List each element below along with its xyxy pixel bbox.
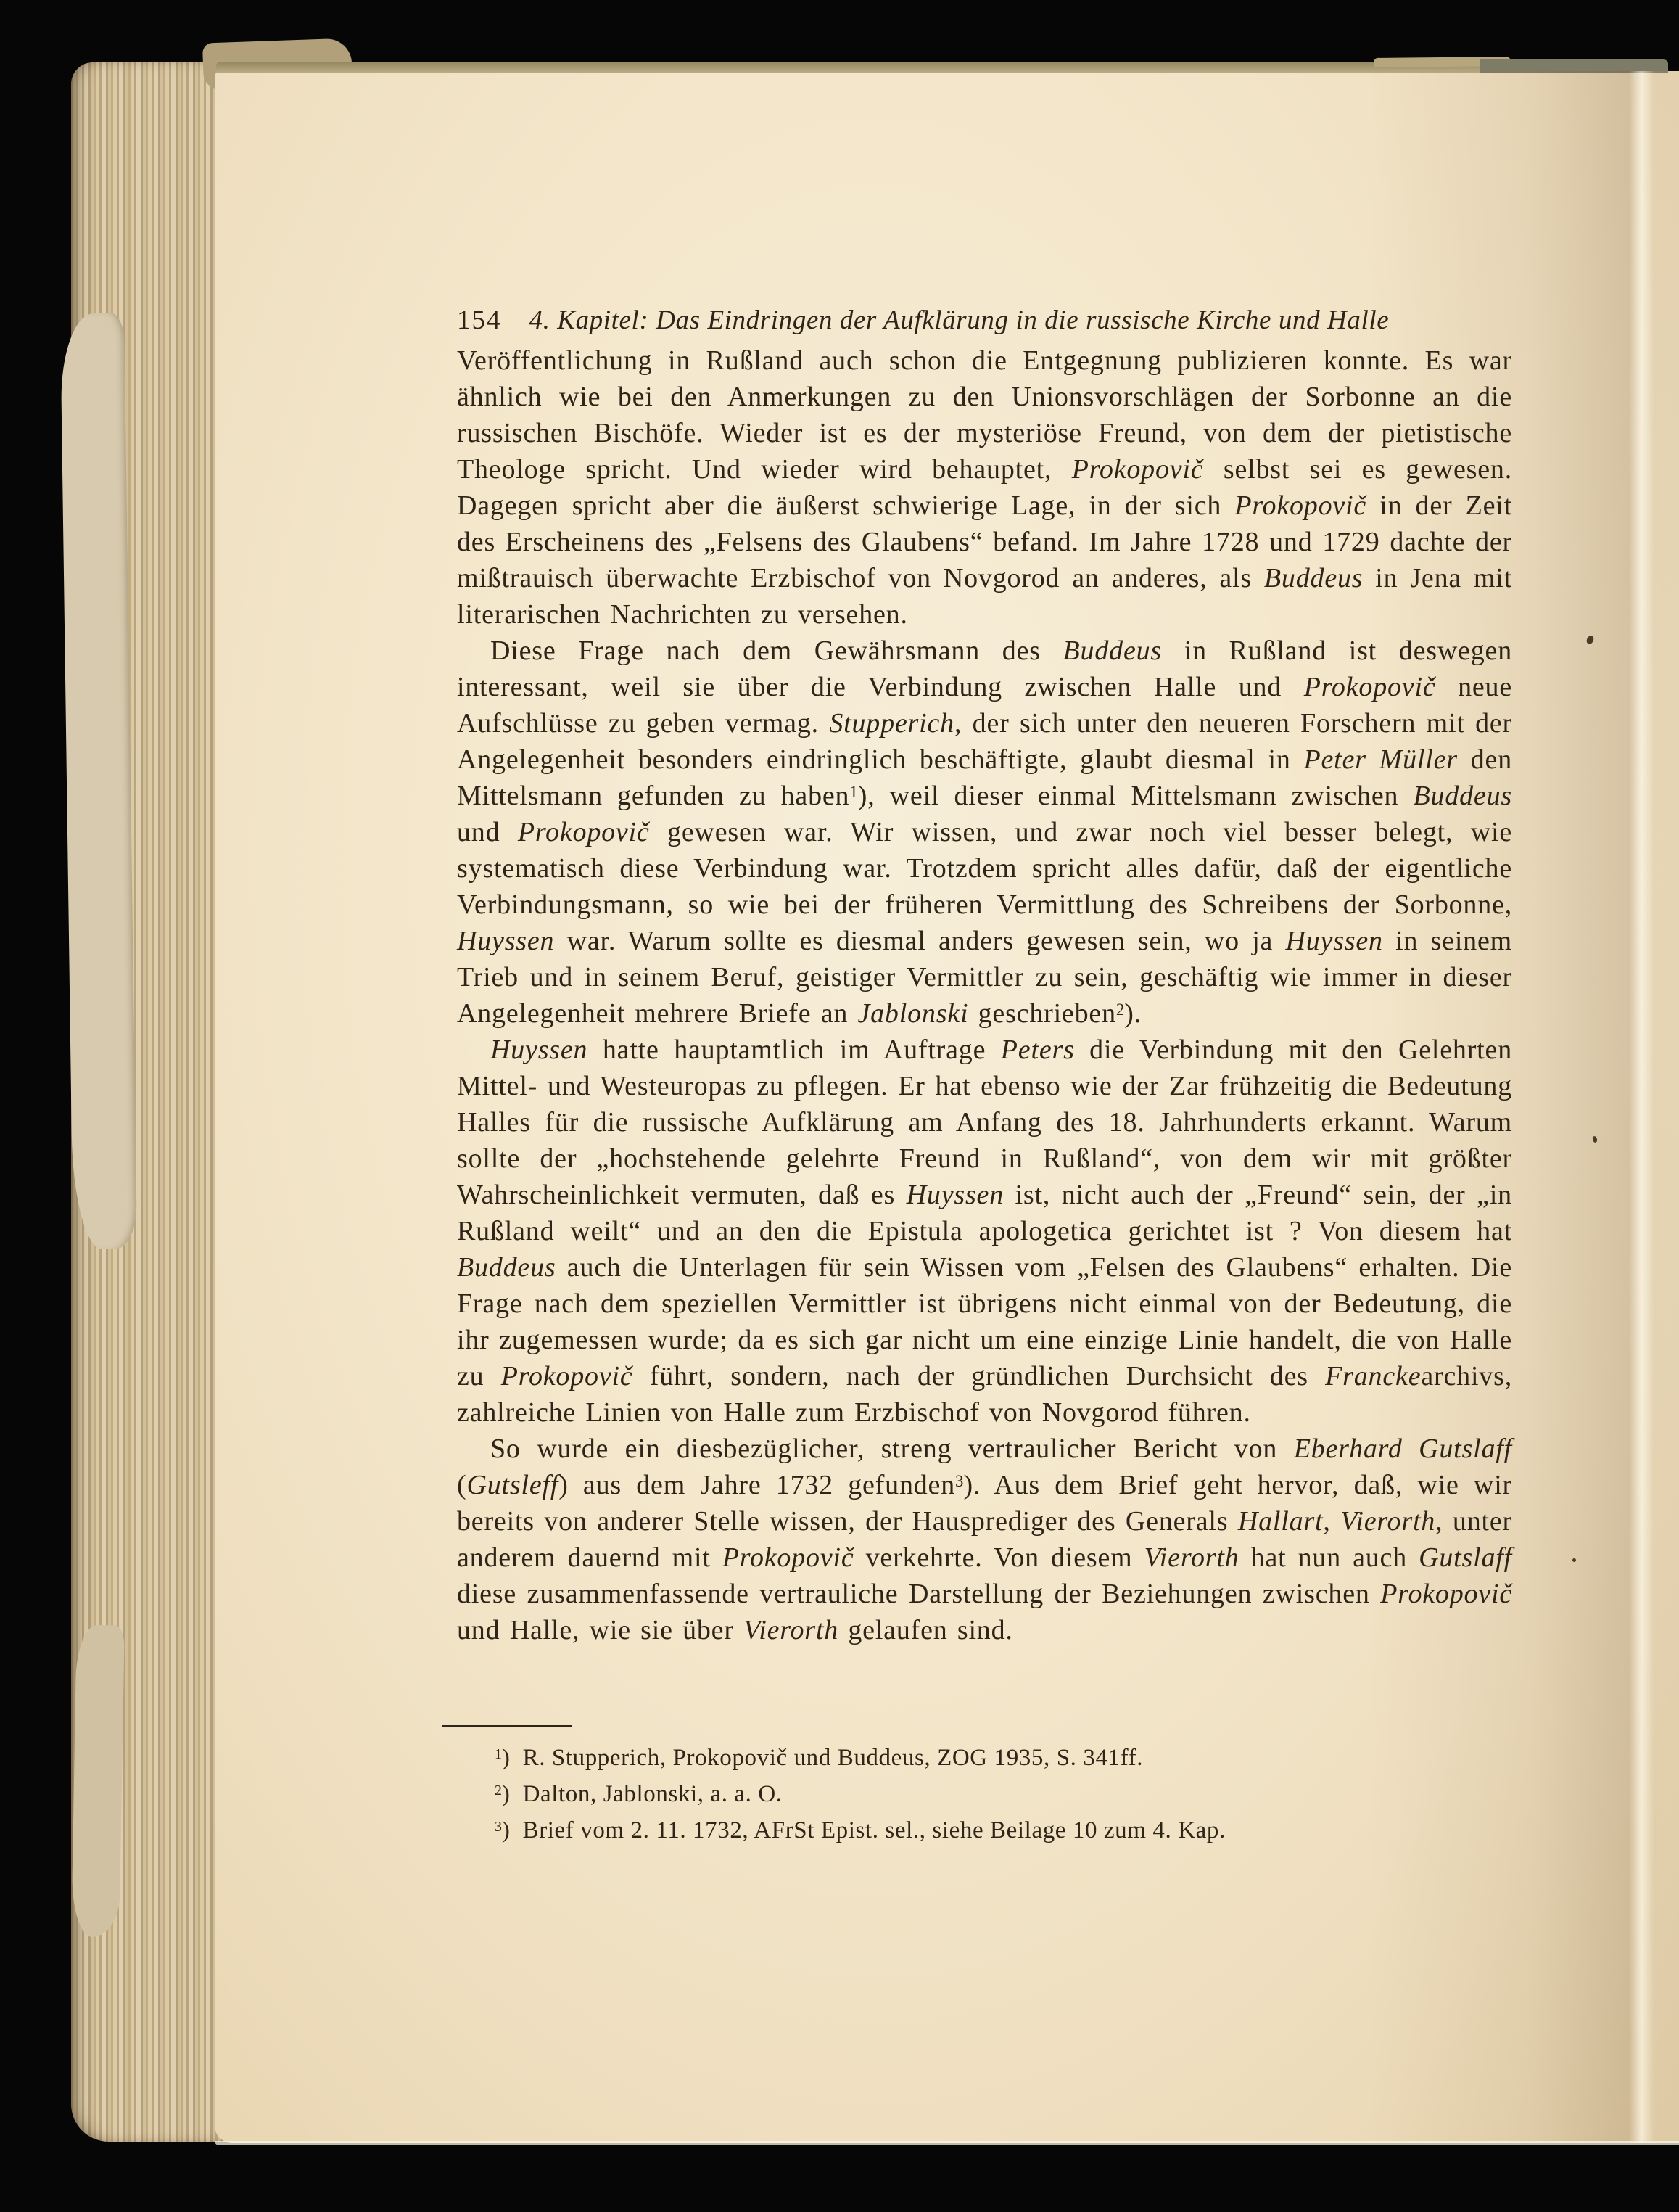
- body-paragraph: Veröffentlichung in Rußland auch schon d…: [457, 342, 1512, 633]
- photo-of-book-page: 1544. Kapitel: Das Eindringen der Aufklä…: [0, 0, 1679, 2212]
- paper-speck: [1585, 635, 1595, 646]
- paper-speck: [1572, 1558, 1576, 1562]
- chapter-title: 4. Kapitel: Das Eindringen der Aufklärun…: [529, 305, 1390, 335]
- running-head: 1544. Kapitel: Das Eindringen der Aufklä…: [457, 305, 1512, 337]
- paper-speck: [1592, 1135, 1598, 1143]
- body-text: Veröffentlichung in Rußland auch schon d…: [457, 342, 1512, 1648]
- footnote: 2) Dalton, Jablonski, a. a. O.: [457, 1776, 1512, 1812]
- footnotes: 1) R. Stupperich, Prokopovič und Buddeus…: [457, 1740, 1512, 1849]
- torn-endpaper: [60, 313, 137, 1249]
- printed-content: 1544. Kapitel: Das Eindringen der Aufklä…: [457, 71, 1512, 2143]
- torn-endpaper-lower: [71, 1624, 124, 1937]
- body-paragraph: Huyssen hatte hauptamtlich im Auftrage P…: [457, 1032, 1512, 1431]
- footnote-separator-rule: [442, 1725, 572, 1727]
- footnote: 3) Brief vom 2. 11. 1732, AFrSt Epist. s…: [457, 1812, 1512, 1849]
- book-page: 1544. Kapitel: Das Eindringen der Aufklä…: [215, 71, 1679, 2143]
- body-paragraph: Diese Frage nach dem Gewährsmann des Bud…: [457, 633, 1512, 1032]
- page-number: 154: [457, 305, 502, 335]
- body-paragraph: So wurde ein diesbezüglicher, streng ver…: [457, 1431, 1512, 1648]
- footnote: 1) R. Stupperich, Prokopovič und Buddeus…: [457, 1740, 1512, 1776]
